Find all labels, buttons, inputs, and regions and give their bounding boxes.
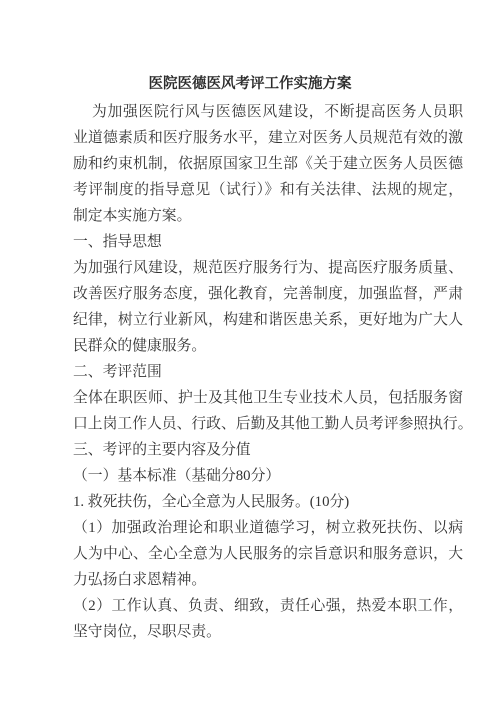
text-line: 考评制度的指导意见（试行）》和有关法律、法规的规定， (73, 177, 463, 203)
text-line: （1）加强政治理论和职业道德学习，树立救死扶伤、以病 (73, 515, 463, 541)
document-page: 医院医德医风考评工作实施方案 为加强医院行风与医德医风建设，不断提高医务人员职业… (0, 0, 500, 707)
section-1-heading: 一、指导思想 (73, 229, 463, 255)
section-2-paragraph: 全体在职医师、护士及其他卫生专业技术人员，包括服务窗口上岗工作人员、行政、后勤及… (73, 385, 463, 437)
text-line: 三、考评的主要内容及分值 (73, 437, 463, 463)
text-line: 改善医疗服务态度，强化教育，完善制度，加强监督，严肃 (73, 281, 463, 307)
section-3-heading: 三、考评的主要内容及分值 (73, 437, 463, 463)
section-2-heading: 二、考评范围 (73, 359, 463, 385)
text-line: 业道德素质和医疗服务水平，建立对医务人员规范有效的激 (73, 125, 463, 151)
text-line: 纪律，树立行业新风，构建和谐医患关系，更好地为广大人 (73, 307, 463, 333)
item-1-heading: 1. 救死扶伤，全心全意为人民服务。(10分) (73, 489, 463, 515)
document-title: 医院医德医风考评工作实施方案 (0, 71, 500, 97)
text-line: 二、考评范围 (73, 359, 463, 385)
text-line: 口上岗工作人员、行政、后勤及其他工勤人员考评参照执行。 (73, 411, 463, 437)
document-body: 为加强医院行风与医德医风建设，不断提高医务人员职业道德素质和医疗服务水平，建立对… (73, 99, 463, 645)
text-line: 人为中心、全心全意为人民服务的宗旨意识和服务意识，大 (73, 541, 463, 567)
intro-paragraph: 为加强医院行风与医德医风建设，不断提高医务人员职业道德素质和医疗服务水平，建立对… (73, 99, 463, 229)
basic-criteria-subheading: （一）基本标准（基础分80分） (73, 463, 463, 489)
text-line: 1. 救死扶伤，全心全意为人民服务。(10分) (73, 489, 463, 515)
text-line: （一）基本标准（基础分80分） (73, 463, 463, 489)
item-1-1-paragraph: （1）加强政治理论和职业道德学习，树立救死扶伤、以病人为中心、全心全意为人民服务… (73, 515, 463, 593)
text-line: 全体在职医师、护士及其他卫生专业技术人员，包括服务窗 (73, 385, 463, 411)
text-line: （2）工作认真、负责、细致，责任心强，热爱本职工作， (73, 593, 463, 619)
text-line: 励和约束机制，依据原国家卫生部《关于建立医务人员医德 (73, 151, 463, 177)
text-line: 力弘扬白求恩精神。 (73, 567, 463, 593)
text-line: 为加强行风建设，规范医疗服务行为、提高医疗服务质量、 (73, 255, 463, 281)
text-line: 一、指导思想 (73, 229, 463, 255)
text-line: 制定本实施方案。 (73, 203, 463, 229)
text-line: 为加强医院行风与医德医风建设，不断提高医务人员职 (73, 99, 463, 125)
text-line: 坚守岗位，尽职尽责。 (73, 619, 463, 645)
text-line: 民群众的健康服务。 (73, 333, 463, 359)
section-1-paragraph: 为加强行风建设，规范医疗服务行为、提高医疗服务质量、改善医疗服务态度，强化教育，… (73, 255, 463, 359)
item-1-2-paragraph: （2）工作认真、负责、细致，责任心强，热爱本职工作，坚守岗位，尽职尽责。 (73, 593, 463, 645)
